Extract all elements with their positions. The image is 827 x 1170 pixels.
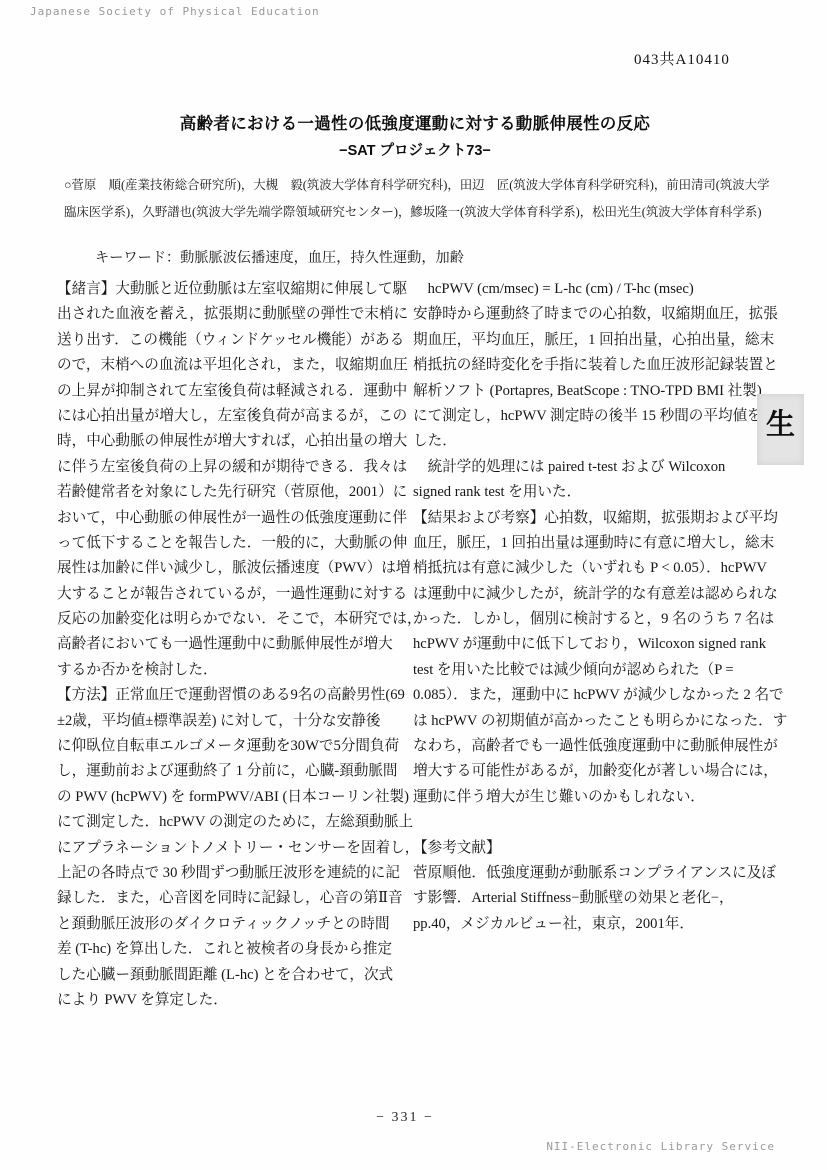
text-line: 出された血液を蓄え，拡張期に動脈壁の弾性で末梢に [57, 302, 415, 327]
text-line: 展性は加齢に伴い減少し，脈波伝播速度（PWV）は増 [57, 556, 415, 581]
text-line: に仰臥位自転車エルゴメータ運動を30Wで5分間負荷 [57, 734, 415, 759]
text-line: ○菅原 順(産業技術総合研究所)，大槻 毅(筑波大学体育科学研究科)，田辺 匠(… [64, 172, 776, 199]
page-number: − 331 − [0, 1110, 810, 1126]
text-line: す影響．Arterial Stiffness−動脈壁の効果と老化−， [413, 886, 779, 911]
text-line: し，運動前および運動終了 1 分前に，心臓-頚動脈間 [57, 759, 415, 784]
text-line: 臨床医学系)，久野譜也(筑波大学先端学際領域研究センター)，鰺坂隆一(筑波大学体… [64, 199, 776, 226]
text-line: 録した．また，心音図を同時に記録し，心音の第Ⅱ音 [57, 886, 415, 911]
text-line: 【結果および考察】心拍数，収縮期，拡張期および平均 [413, 506, 779, 531]
text-line: 菅原順他．低強度運動が動脈系コンプライアンスに及ぼ [413, 861, 779, 886]
text-line: って低下することを報告した．一般的に，大動脈の伸 [57, 531, 415, 556]
text-line: おいて，中心動脈の伸展性が一過性の低強度運動に伴 [57, 506, 415, 531]
text-line: pp.40，メジカルビュー社，東京，2001年． [413, 912, 779, 937]
text-line: 梢抵抗の経時変化を手指に装着した血圧波形記録装置と [413, 353, 779, 378]
text-line: 若齢健常者を対象にした先行研究（菅原他，2001）に [57, 480, 415, 505]
text-line: ±2歳，平均値±標準誤差) に対して，十分な安静後 [57, 709, 415, 734]
text-line: 差 (T-hc) を算出した．これと被検者の身長から推定 [57, 937, 415, 962]
text-line: 大することが報告されているが，一過性運動に対する [57, 582, 415, 607]
text-line: 安静時から運動終了時までの心拍数，収縮期血圧，拡張 [413, 302, 779, 327]
text-line: 運動に伴う増大が生じ難いのかもしれない． [413, 785, 779, 810]
text-line: にて測定した．hcPWV の測定のために，左総頚動脈上 [57, 810, 415, 835]
text-line: の上昇が抑制されて左室後負荷は軽減される．運動中 [57, 379, 415, 404]
text-line: は hcPWV の初期値が高かったことも明らかになった．す [413, 709, 779, 734]
text-line: ので，末梢への血流は平坦化され，また，収縮期血圧 [57, 353, 415, 378]
text-line: 期血圧，平均血圧，脈圧，1 回拍出量，心拍出量，総末 [413, 328, 779, 353]
text-line: hcPWV (cm/msec) = L-hc (cm) / T-hc (msec… [413, 277, 779, 302]
text-line: 時，中心動脈の伸展性が増大すれば，心拍出量の増大 [57, 429, 415, 454]
text-line: 【緒言】大動脈と近位動脈は左室収縮期に伸展して駆 [57, 277, 415, 302]
text-line: にて測定し，hcPWV 測定時の後半 15 秒間の平均値を算出 [413, 404, 779, 429]
text-line: には心拍出量が増大し，左室後負荷が高まるが，この [57, 404, 415, 429]
text-line: 増大する可能性があるが，加齢変化が著しい場合には， [413, 759, 779, 784]
text-line: 上記の各時点で 30 秒間ずつ動脈圧波形を連続的に記 [57, 861, 415, 886]
text-line: signed rank test を用いた． [413, 480, 779, 505]
text-line: 0.085）．また，運動中に hcPWV が減少しなかった 2 名で [413, 683, 779, 708]
text-line: 【方法】正常血圧で運動習慣のある9名の高齢男性(69 [57, 683, 415, 708]
text-line: かった．しかし，個別に検討すると，9 名のうち 7 名は [413, 607, 779, 632]
article-title: 高齢者における一過性の低強度運動に対する動脈伸展性の反応 [40, 110, 790, 134]
scanned-paper-page: Japanese Society of Physical Education 0… [0, 0, 827, 1170]
text-line: 反応の加齢変化は明らかでない．そこで，本研究では， [57, 607, 415, 632]
text-line: にアプラネーショントノメトリー・センサーを固着し， [57, 836, 415, 861]
text-line: 【参考文献】 [413, 836, 779, 861]
text-line: 梢抵抗は有意に減少した（いずれも P < 0.05）．hcPWV [413, 556, 779, 581]
text-line: 血圧，脈圧，1 回拍出量は運動時に有意に増大し，総末 [413, 531, 779, 556]
text-line: と頚動脈圧波形のダイクロティックノッチとの時間 [57, 912, 415, 937]
category-tab: 生 [757, 394, 804, 465]
text-line: に伴う左室後負荷の上昇の緩和が期待できる．我々は [57, 455, 415, 480]
text-line: するか否かを検討した． [57, 658, 415, 683]
document-code: 043共A10410 [634, 48, 730, 69]
text-line: した． [413, 429, 779, 454]
text-line: の PWV (hcPWV) を formPWV/ABI (日本コーリン社製) [57, 785, 415, 810]
author-block: ○菅原 順(産業技術総合研究所)，大槻 毅(筑波大学体育科学研究科)，田辺 匠(… [64, 172, 776, 226]
text-line: なわち，高齢者でも一過性低強度運動中に動脈伸展性が [413, 734, 779, 759]
left-column: 【緒言】大動脈と近位動脈は左室収縮期に伸展して駆出された血液を蓄え，拡張期に動脈… [57, 277, 415, 1013]
text-line: test を用いた比較では減少傾向が認められた（P = [413, 658, 779, 683]
text-line: した心臓ー頚動脈間距離 (L-hc) とを合わせて，次式 [57, 963, 415, 988]
text-line: により PWV を算定した． [57, 988, 415, 1013]
text-line: 統計学的処理には paired t-test および Wilcoxon [413, 455, 779, 480]
text-line: hcPWV が運動中に低下しており，Wilcoxon signed rank [413, 632, 779, 657]
keywords-line: キーワード：動脈脈波伝播速度，血圧，持久性運動，加齢 [95, 247, 464, 267]
right-column: hcPWV (cm/msec) = L-hc (cm) / T-hc (msec… [413, 277, 779, 937]
publisher-watermark: Japanese Society of Physical Education [30, 5, 320, 18]
text-line: は運動中に減少したが，統計学的な有意差は認められな [413, 582, 779, 607]
text-line [413, 810, 779, 835]
library-service-footer: NII-Electronic Library Service [546, 1140, 775, 1153]
text-line: 解析ソフト (Portapres, BeatScope : TNO-TPD BM… [413, 379, 779, 404]
text-line: 高齢者においても一過性運動中に動脈伸展性が増大 [57, 632, 415, 657]
text-line: 送り出す．この機能（ウィンドケッセル機能）がある [57, 328, 415, 353]
article-subtitle: −SAT プロジェクト73− [40, 139, 790, 160]
